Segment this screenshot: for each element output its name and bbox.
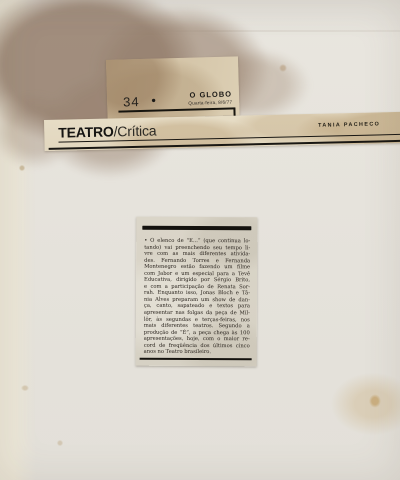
article-line: anos no Teatro brasileiro.: [144, 349, 250, 356]
dateline: Quarta-feira, 8/6/77: [188, 99, 232, 105]
scrapbook-page-photo: 34 ● O GLOBO Quarta-feira, 8/6/77 TEATRO…: [0, 0, 400, 480]
article-text: • O elenco de “E...” (que continua lo- t…: [144, 238, 251, 356]
article-line: • O elenco de “E...” (que continua lo-: [144, 238, 250, 245]
article-line: apresentar nas folgas da peça de Mil-: [144, 310, 250, 317]
article-bottom-rule: [140, 358, 252, 360]
page-number: 34: [123, 94, 140, 109]
article-clipping: • O elenco de “E...” (que continua lo- t…: [136, 217, 258, 367]
paper-crease: [150, 30, 400, 32]
ink-dot-icon: ●: [151, 96, 156, 105]
section-name: TEATRO: [58, 123, 114, 140]
section-title: TEATRO/Crítica: [58, 122, 156, 140]
byline: TANIA PACHECO: [318, 121, 380, 128]
newspaper-header-clipping: 34 ● O GLOBO Quarta-feira, 8/6/77: [106, 56, 240, 119]
masthead-title: O GLOBO: [189, 89, 232, 99]
blacked-out-headline-bar: [142, 226, 251, 231]
section-subsection: /Crítica: [113, 122, 156, 139]
